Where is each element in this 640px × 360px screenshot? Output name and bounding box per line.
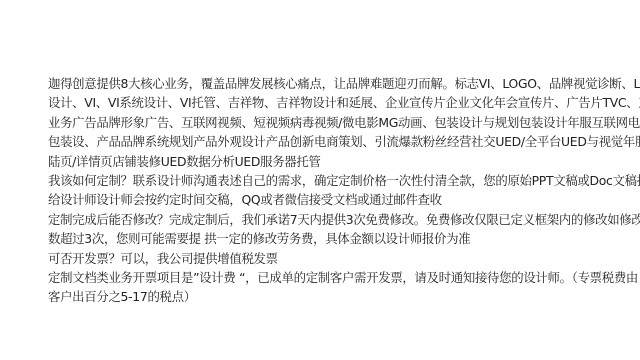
services-paragraph-line-5: 陆页/详情页店铺装修UED数据分析UED服务器托管	[48, 152, 608, 171]
revision-faq-line-1: 定制完成后能否修改？完成定制后，我们承诺7天内提供3次免费修改。免费修改仅限已定…	[48, 210, 608, 229]
invoice-item-line-1: 定制文档类业务开票项目是”设计费 “，已成单的定制客户需开发票，请及时通知接待您…	[48, 268, 608, 287]
services-paragraph-line-4: 包装设、产品品牌系统规划产品外观设计产品创新电商策划、引流爆款粉丝经营社交UED…	[48, 132, 608, 151]
customization-faq-line-2: 给设计师设计师会按约定时间交稿，QQ或者微信接受文档或通过邮件查收	[48, 190, 608, 209]
services-paragraph-line-2: 设计、VI、VI系统设计、VI托管、吉祥物、吉祥物设计和延展、企业宣传片企业文化…	[48, 93, 608, 112]
invoice-item-line-2: 客户出百分之5-17的税点）	[48, 287, 608, 306]
customization-faq-line-1: 我该如何定制？联系设计师沟通表述自己的需求，确定定制价格一次性付清全款，您的原始…	[48, 171, 608, 190]
document-body: 迦得创意提供8大核心业务，覆盖品牌发展核心痛点，让品牌难题迎刃而解。标志VI、L…	[48, 74, 608, 307]
invoice-faq-line: 可否开发票？可以，我公司提供增值税发票	[48, 249, 608, 268]
revision-faq-line-2: 数超过3次，您则可能需要提 拱一定的修改劳务费，具体金额以设计师报价为准	[48, 229, 608, 248]
services-paragraph-line-3: 业务广告品牌形象广告、互联网视频、短视频病毒视频/微电影MG动画、包装设计与规划…	[48, 113, 608, 132]
services-paragraph-line-1: 迦得创意提供8大核心业务，覆盖品牌发展核心痛点，让品牌难题迎刃而解。标志VI、L…	[48, 74, 608, 93]
